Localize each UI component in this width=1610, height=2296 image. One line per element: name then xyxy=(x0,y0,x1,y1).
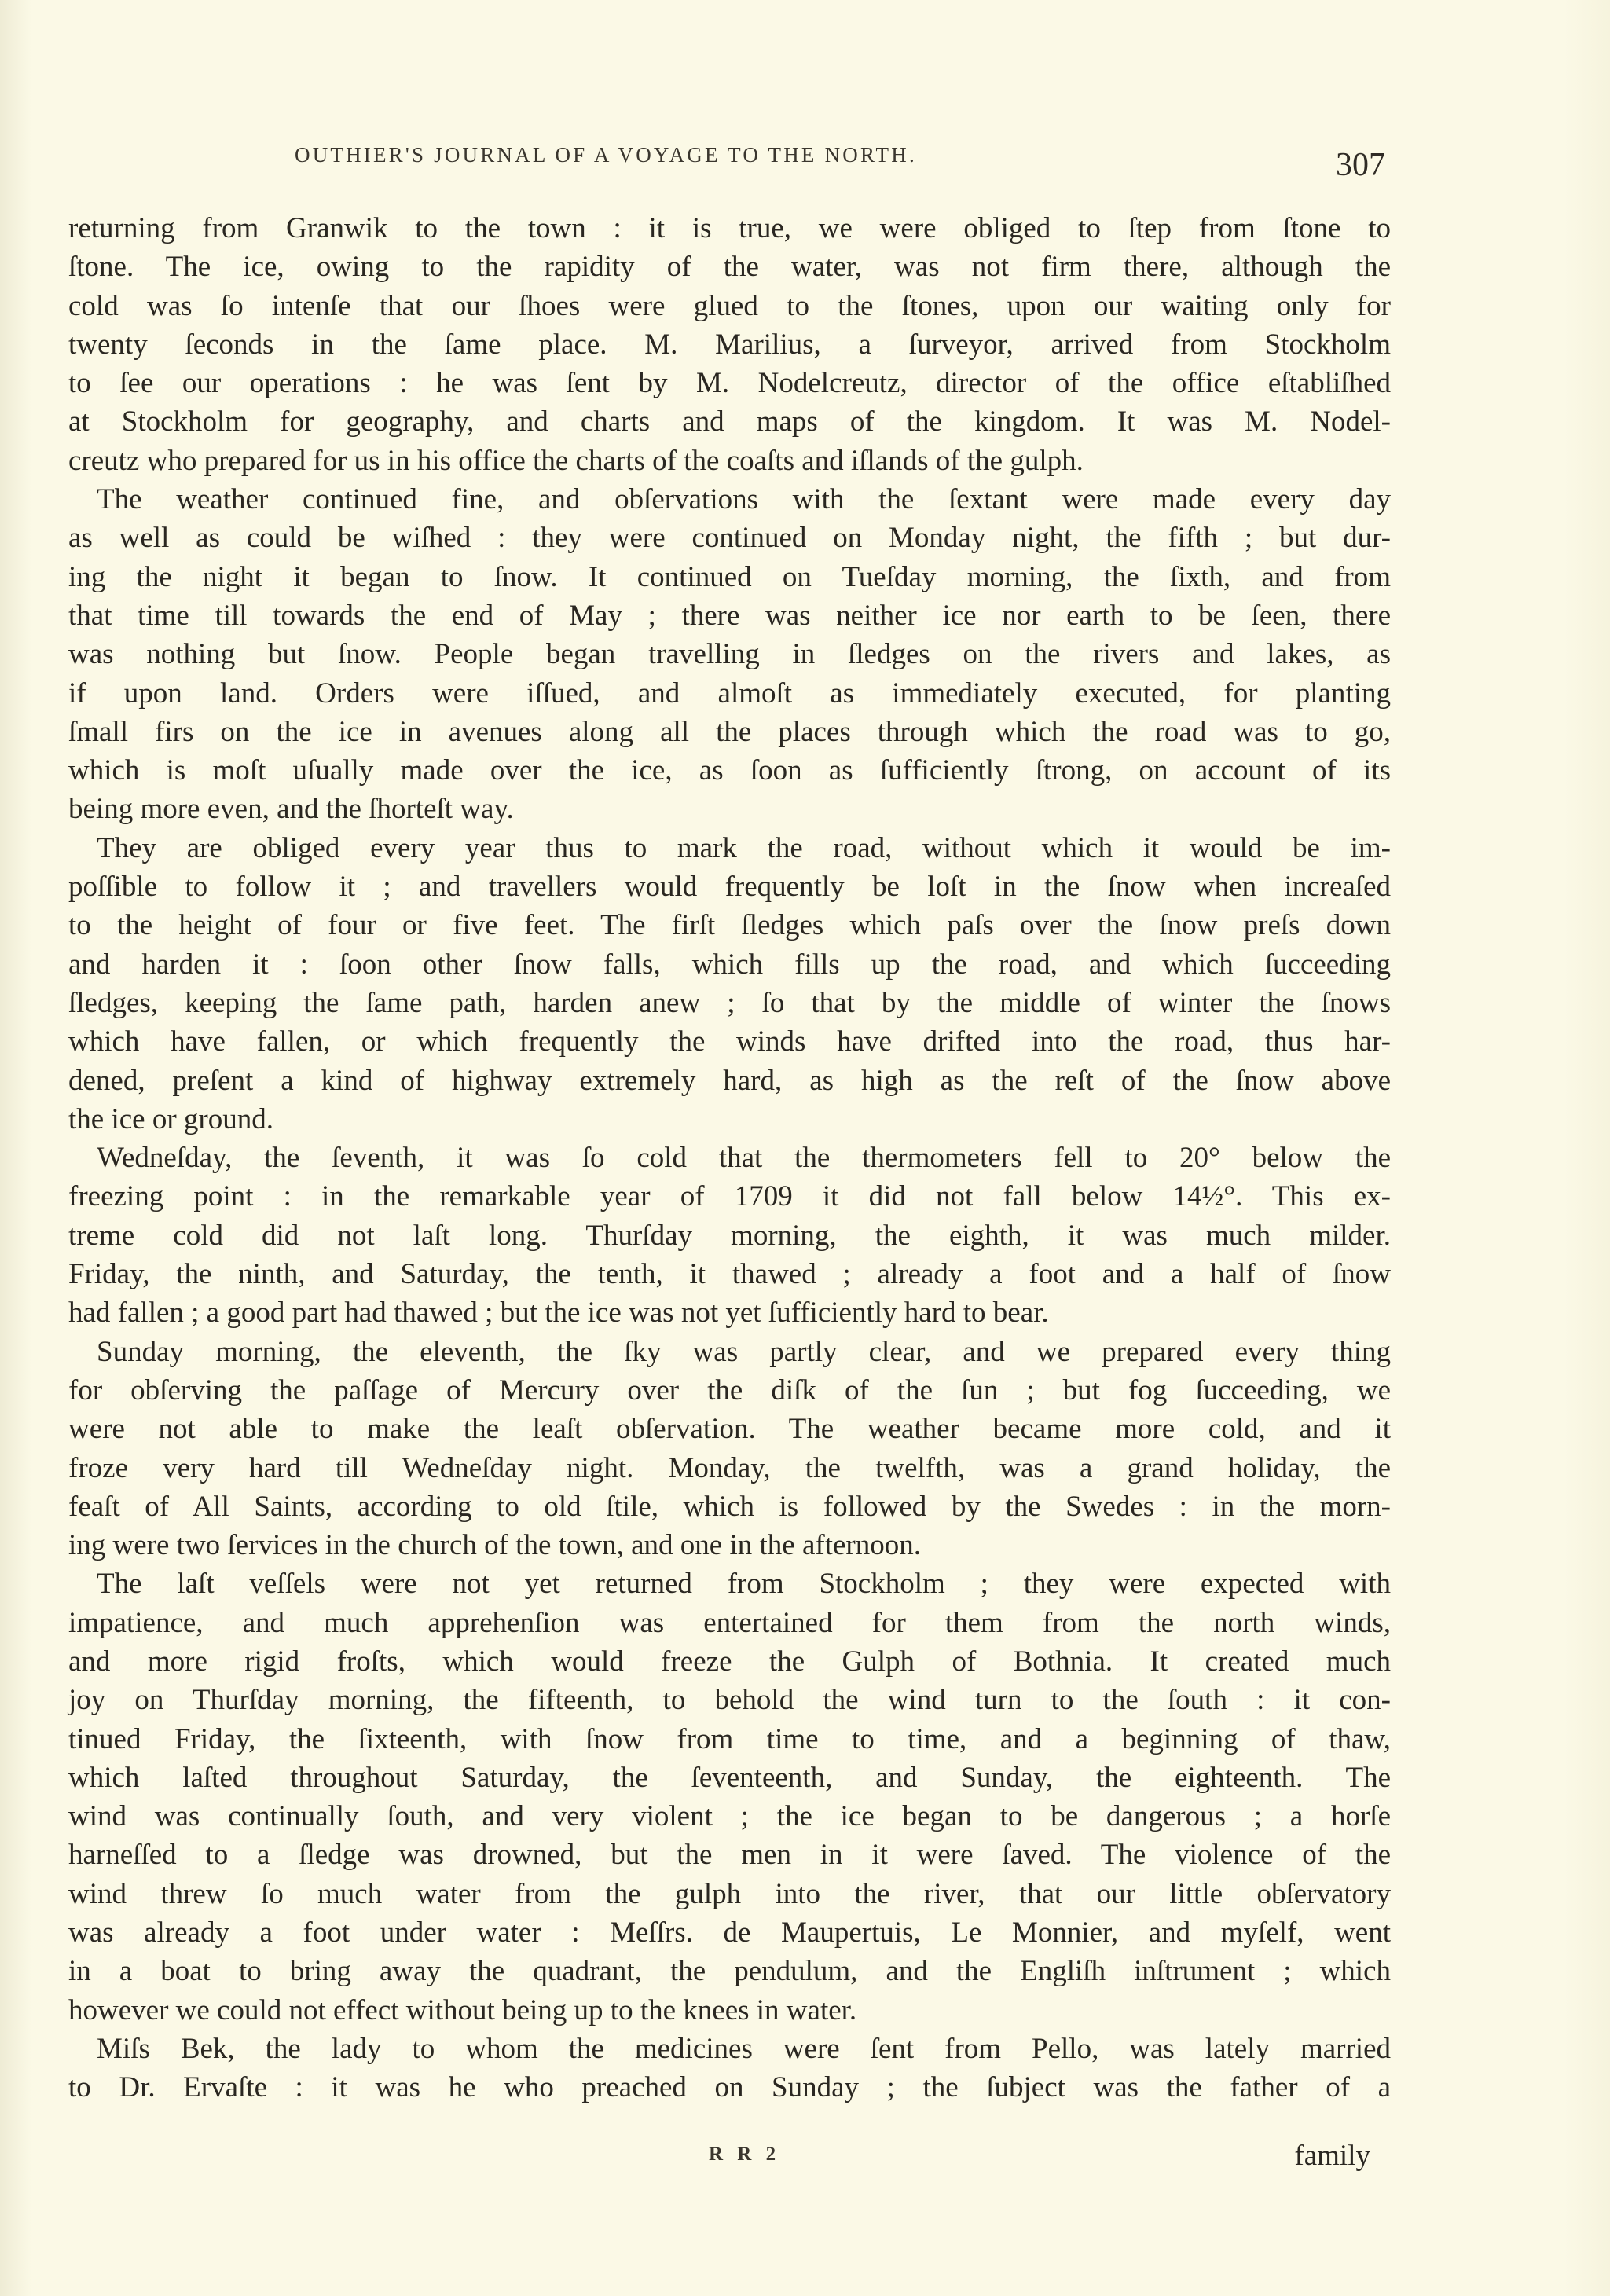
paragraph: Miſs Bek, the lady to whom the medicines… xyxy=(68,2030,1391,2107)
text-line: harneſſed to a ſledge was drowned, but t… xyxy=(68,1836,1391,1874)
text-line: was nothing but ſnow. People began trave… xyxy=(68,635,1391,673)
text-line: was already a foot under water : Meſſrs.… xyxy=(68,1913,1391,1952)
text-line: which laſted throughout Saturday, the ſe… xyxy=(68,1759,1391,1797)
text-line: returning from Granwik to the town : it … xyxy=(68,209,1391,248)
paragraph: Sunday morning, the eleventh, the ſky wa… xyxy=(68,1333,1391,1565)
text-line: joy on Thurſday morning, the fifteenth, … xyxy=(68,1681,1391,1719)
text-line: which have fallen, or which frequently t… xyxy=(68,1022,1391,1061)
text-line: poſſible to follow it ; and travellers w… xyxy=(68,867,1391,906)
text-line: cold was ſo intenſe that our ſhoes were … xyxy=(68,287,1391,325)
page-number: 307 xyxy=(1336,146,1385,184)
text-line: that time till towards the end of May ; … xyxy=(68,596,1391,635)
paragraph: Wedneſday, the ſeventh, it was ſo cold t… xyxy=(68,1139,1391,1332)
text-line: the ice or ground. xyxy=(68,1100,1391,1139)
text-line: They are obliged every year thus to mark… xyxy=(68,829,1391,867)
text-line: being more even, and the ſhorteſt way. xyxy=(68,790,1391,828)
text-line: wind was continually ſouth, and very vio… xyxy=(68,1797,1391,1836)
text-line: twenty ſeconds in the ſame place. M. Mar… xyxy=(68,325,1391,364)
text-line: if upon land. Orders were iſſued, and al… xyxy=(68,674,1391,713)
text-line: ſledges, keeping the ſame path, harden a… xyxy=(68,984,1391,1022)
text-line: and more rigid froſts, which would freez… xyxy=(68,1642,1391,1681)
text-line: Miſs Bek, the lady to whom the medicines… xyxy=(68,2030,1391,2068)
body-text: returning from Granwik to the town : it … xyxy=(68,209,1391,2107)
paragraph: They are obliged every year thus to mark… xyxy=(68,829,1391,1139)
text-line: feaſt of All Saints, according to old ſt… xyxy=(68,1487,1391,1526)
text-line: Friday, the ninth, and Saturday, the ten… xyxy=(68,1255,1391,1293)
text-line: Wedneſday, the ſeventh, it was ſo cold t… xyxy=(68,1139,1391,1177)
text-line: and harden it : ſoon other ſnow falls, w… xyxy=(68,945,1391,984)
text-line: creutz who prepared for us in his office… xyxy=(68,442,1391,480)
text-line: however we could not effect without bein… xyxy=(68,1991,1391,2030)
text-line: The laſt veſſels were not yet returned f… xyxy=(68,1564,1391,1603)
text-line: wind threw ſo much water from the gulph … xyxy=(68,1875,1391,1913)
text-line: to Dr. Ervaſte : it was he who preached … xyxy=(68,2068,1391,2107)
text-line: at Stockholm for geography, and charts a… xyxy=(68,402,1391,441)
text-line: to the height of four or five feet. The … xyxy=(68,906,1391,944)
text-line: The weather continued fine, and obſervat… xyxy=(68,480,1391,519)
text-line: ing the night it began to ſnow. It conti… xyxy=(68,558,1391,596)
text-line: to ſee our operations : he was ſent by M… xyxy=(68,364,1391,402)
text-line: froze very hard till Wedneſday night. Mo… xyxy=(68,1449,1391,1487)
text-line: were not able to make the leaſt obſervat… xyxy=(68,1410,1391,1448)
text-line: ing were two ſervices in the church of t… xyxy=(68,1526,1391,1564)
text-line: for obſerving the paſſage of Mercury ove… xyxy=(68,1371,1391,1410)
paragraph: returning from Granwik to the town : it … xyxy=(68,209,1391,480)
text-line: dened, preſent a kind of highway extreme… xyxy=(68,1062,1391,1100)
catchword: family xyxy=(1294,2139,1370,2173)
text-line: ſmall firs on the ice in avenues along a… xyxy=(68,713,1391,751)
text-line: which is moſt uſually made over the ice,… xyxy=(68,751,1391,790)
paragraph: The weather continued fine, and obſervat… xyxy=(68,480,1391,829)
text-line: freezing point : in the remarkable year … xyxy=(68,1177,1391,1216)
text-line: ſtone. The ice, owing to the rapidity of… xyxy=(68,248,1391,286)
text-line: impatience, and much apprehenſion was en… xyxy=(68,1604,1391,1642)
signature-mark: R R 2 xyxy=(709,2144,780,2166)
text-line: treme cold did not laſt long. Thurſday m… xyxy=(68,1216,1391,1255)
text-line: Sunday morning, the eleventh, the ſky wa… xyxy=(68,1333,1391,1371)
running-title: OUTHIER'S JOURNAL OF A VOYAGE TO THE NOR… xyxy=(295,143,917,167)
text-line: tinued Friday, the ſixteenth, with ſnow … xyxy=(68,1720,1391,1759)
text-line: had fallen ; a good part had thawed ; bu… xyxy=(68,1293,1391,1332)
paragraph: The laſt veſſels were not yet returned f… xyxy=(68,1564,1391,2030)
text-line: as well as could be wiſhed : they were c… xyxy=(68,519,1391,557)
text-line: in a boat to bring away the quadrant, th… xyxy=(68,1952,1391,1990)
